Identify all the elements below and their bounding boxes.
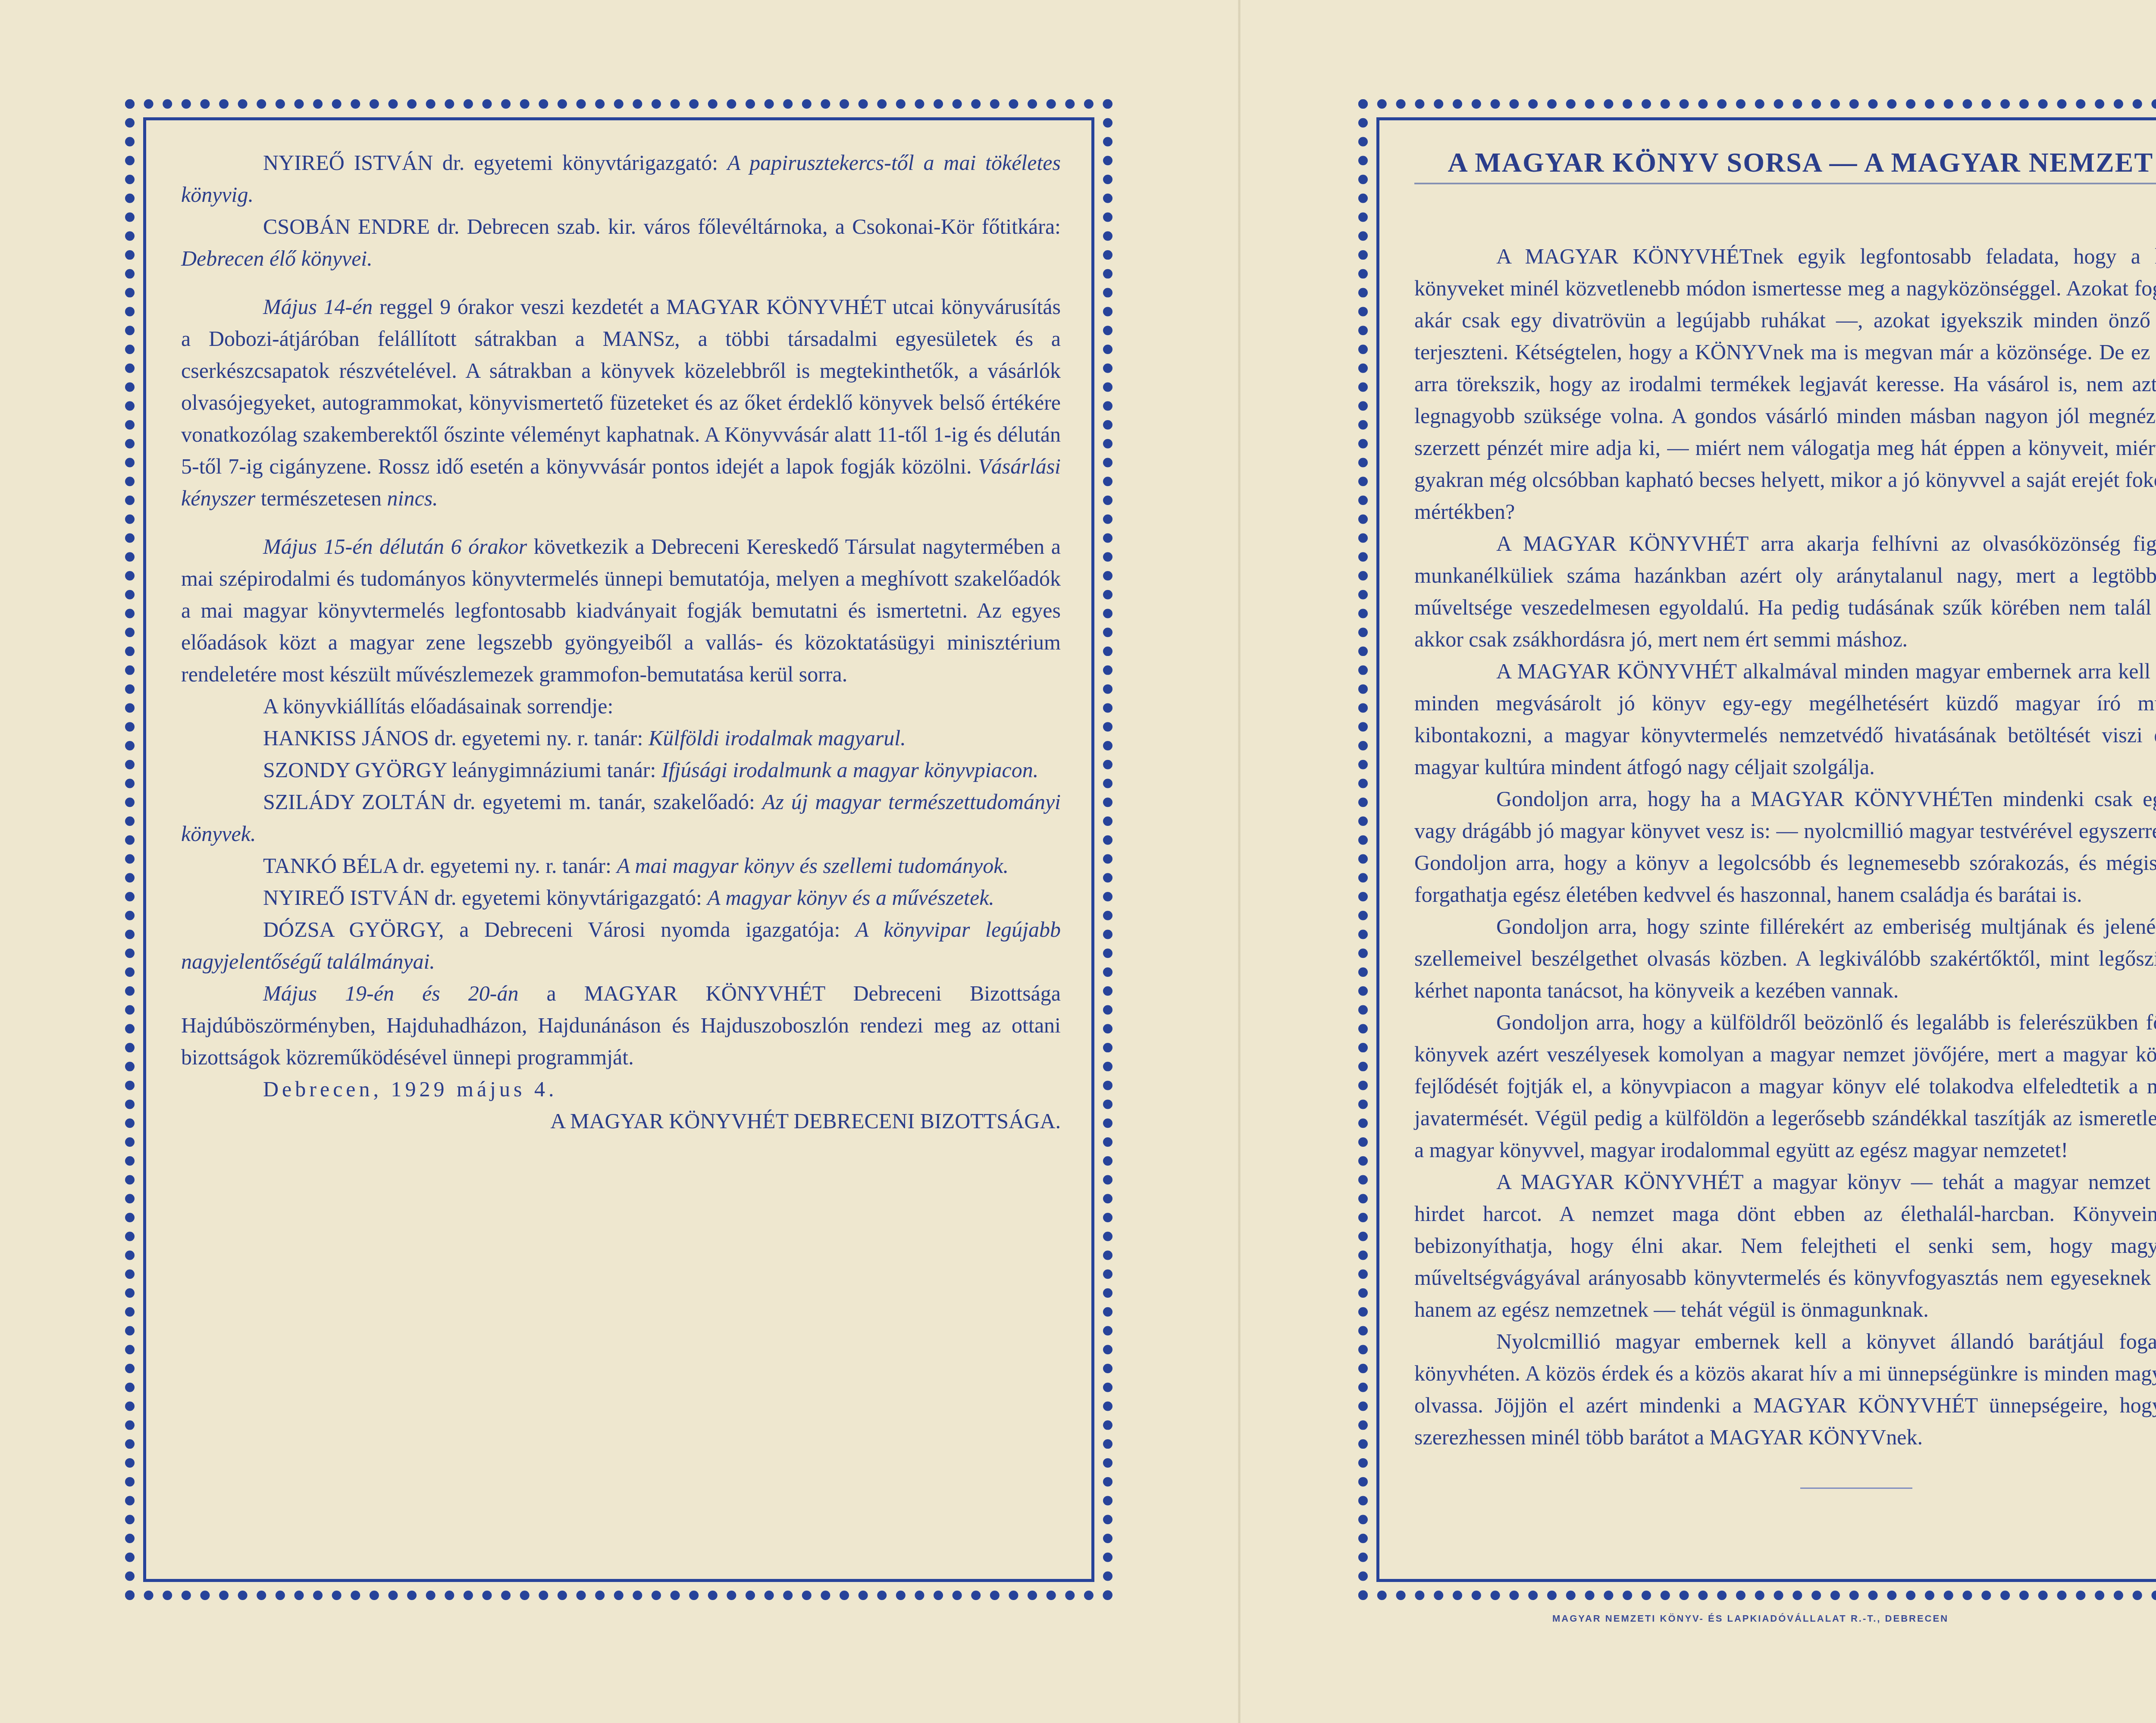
right-paragraph: Gondoljon arra, hogy a külföldről beözön… [1414, 1006, 2156, 1166]
left-paragraph: NYIREŐ ISTVÁN dr. egyetemi könyvtárigazg… [181, 147, 1061, 210]
page-fold [1238, 0, 1241, 1723]
left-paragraph: HANKISS JÁNOS dr. egyetemi ny. r. tanár:… [181, 722, 1061, 754]
page-title: A MAGYAR KÖNYV SORSA — A MAGYAR NEMZET S… [1414, 147, 2156, 184]
left-paragraph: DÓZSA GYÖRGY, a Debreceni Városi nyomda … [181, 913, 1061, 977]
right-page: A MAGYAR KÖNYV SORSA — A MAGYAR NEMZET S… [1358, 99, 2156, 1600]
right-paragraph: A MAGYAR KÖNYVHÉT arra akarja felhívni a… [1414, 527, 2156, 655]
left-paragraph: SZILÁDY ZOLTÁN dr. egyetemi m. tanár, sz… [181, 786, 1061, 850]
left-page-text: NYIREŐ ISTVÁN dr. egyetemi könyvtárigazg… [181, 147, 1061, 1137]
right-page-text: A MAGYAR KÖNYV SORSA — A MAGYAR NEMZET S… [1414, 147, 2156, 1489]
right-paragraph: A MAGYAR KÖNYVHÉT a magyar könyv — tehát… [1414, 1166, 2156, 1325]
right-paragraph: Gondoljon arra, hogy ha a MAGYAR KÖNYVHÉ… [1414, 783, 2156, 910]
left-page: NYIREŐ ISTVÁN dr. egyetemi könyvtárigazg… [125, 99, 1112, 1600]
left-paragraph: CSOBÁN ENDRE dr. Debrecen szab. kir. vár… [181, 210, 1061, 274]
right-paragraph: Gondoljon arra, hogy szinte fillérekért … [1414, 910, 2156, 1006]
left-paragraph: A könyvkiállítás előadásainak sorrendje: [181, 690, 1061, 722]
right-paragraph: A MAGYAR KÖNYVHÉT alkalmával minden magy… [1414, 655, 2156, 783]
printer-imprint: MAGYAR NEMZETI KÖNYV- ÉS LAPKIADÓVÁLLALA… [1552, 1613, 1949, 1624]
left-paragraph: NYIREŐ ISTVÁN dr. egyetemi könyvtárigazg… [181, 882, 1061, 913]
right-paragraph: Nyolcmillió magyar embernek kell a könyv… [1414, 1325, 2156, 1453]
left-paragraph: Május 19-én és 20-án a MAGYAR KÖNYVHÉT D… [181, 977, 1061, 1073]
right-paragraph: A MAGYAR KÖNYVHÉTnek egyik legfontosabb … [1414, 240, 2156, 527]
date-line: Debrecen, 1929 május 4. [181, 1073, 1061, 1105]
left-paragraph: Május 14-én reggel 9 órakor veszi kezdet… [181, 291, 1061, 514]
signature: A MAGYAR KÖNYVHÉT DEBRECENI BIZOTTSÁGA. [181, 1105, 1061, 1137]
left-paragraph: Május 15-én délután 6 órakor következik … [181, 530, 1061, 690]
closing-rule [1800, 1488, 1912, 1489]
left-paragraph: SZONDY GYÖRGY leánygimnáziumi tanár: Ifj… [181, 754, 1061, 786]
left-paragraph: TANKÓ BÉLA dr. egyetemi ny. r. tanár: A … [181, 850, 1061, 882]
